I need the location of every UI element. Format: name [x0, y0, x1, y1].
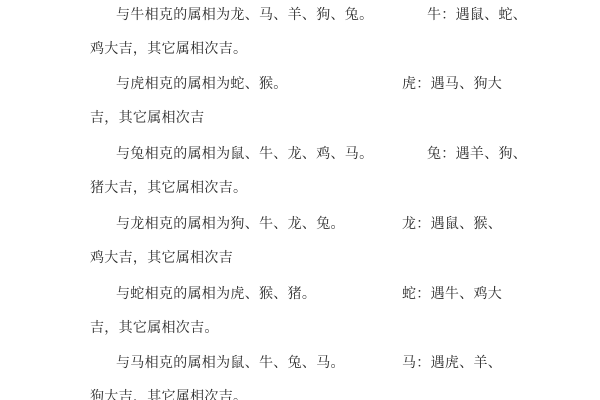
lucky-text: 蛇：遇牛、鸡大 — [402, 285, 502, 303]
continuation-text: 猪大吉，其它属相次吉。 — [90, 179, 247, 197]
clash-text: 与牛相克的属相为龙、马、羊、狗、兔。 — [116, 6, 373, 24]
continuation-text: 鸡大吉，其它属相次吉。 — [90, 40, 247, 58]
clash-text: 与蛇相克的属相为虎、猴、猪。 — [116, 285, 316, 303]
continuation-text: 狗大吉，其它属相次吉。 — [90, 388, 247, 400]
clash-text: 与龙相克的属相为狗、牛、龙、兔。 — [116, 215, 345, 233]
lucky-text: 牛：遇鼠、蛇、 — [427, 6, 527, 24]
continuation-text: 吉，其它属相次吉。 — [90, 319, 219, 337]
document-page: 与牛相克的属相为龙、马、羊、狗、兔。 牛：遇鼠、蛇、 鸡大吉，其它属相次吉。 与… — [0, 0, 600, 400]
lucky-text: 兔：遇羊、狗、 — [427, 145, 527, 163]
lucky-text: 龙：遇鼠、猴、 — [402, 215, 502, 233]
continuation-text: 吉，其它属相次吉 — [90, 109, 204, 127]
clash-text: 与虎相克的属相为蛇、猴。 — [116, 75, 288, 93]
continuation-text: 鸡大吉，其它属相次吉 — [90, 249, 233, 267]
clash-text: 与马相克的属相为鼠、牛、兔、马。 — [116, 354, 345, 372]
lucky-text: 虎：遇马、狗大 — [402, 75, 502, 93]
clash-text: 与兔相克的属相为鼠、牛、龙、鸡、马。 — [116, 145, 373, 163]
lucky-text: 马：遇虎、羊、 — [402, 354, 502, 372]
